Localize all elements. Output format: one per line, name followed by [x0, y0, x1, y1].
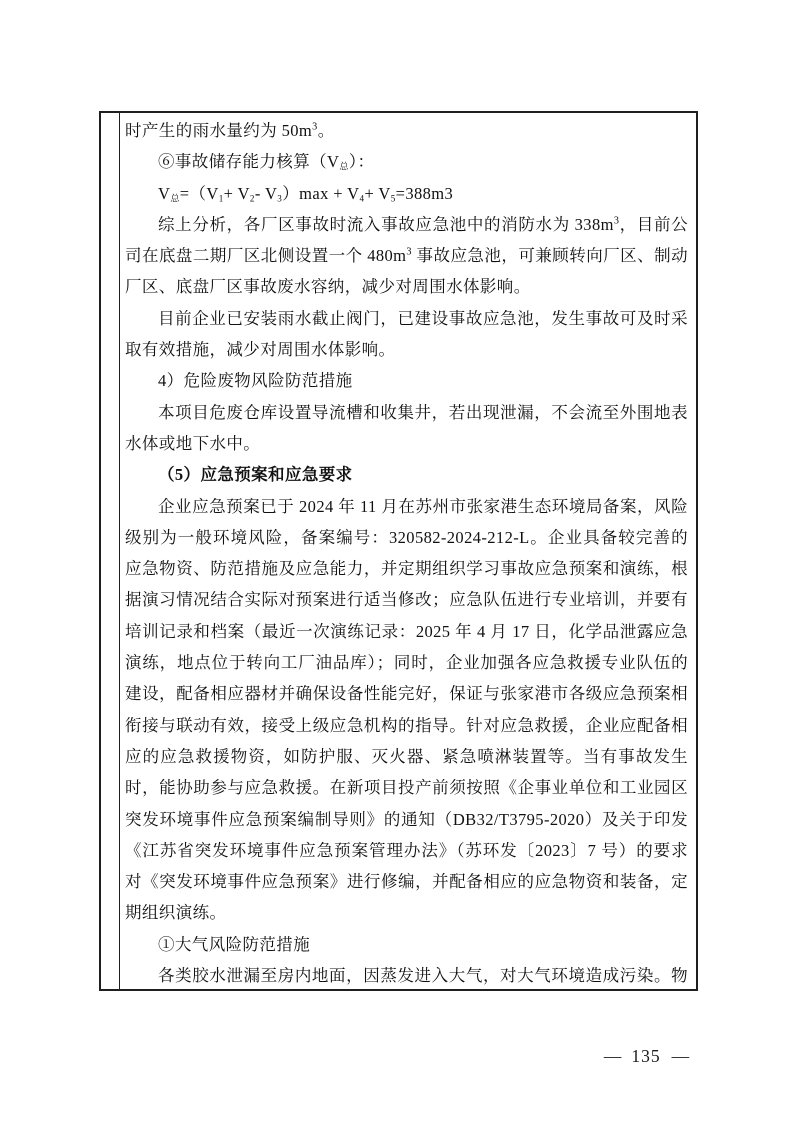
- paragraph-glue-leak: 各类胶水泄漏至房内地面，因蒸发进入大气，对大气环境造成污染。物料泄漏后若遇明火，…: [125, 960, 688, 989]
- page-number-value: 135: [631, 1046, 660, 1066]
- paragraph-emergency-plan-detail: 企业应急预案已于 2024 年 11 月在苏州市张家港生态环境局备案，风险级别为…: [125, 491, 688, 929]
- sub-heading-air-risk: ①大气风险防范措施: [125, 929, 688, 960]
- table-left-label-column: [101, 113, 120, 989]
- report-table-cell: 时产生的雨水量约为 50m3。 ⑥事故储存能力核算（V总）： V总=（V1+ V…: [99, 111, 698, 991]
- paragraph-hazwaste-warehouse: 本项目危废仓库设置导流槽和收集井，若出现泄漏，不会流至外围地表水体或地下水中。: [125, 397, 688, 460]
- page-number: —135—: [560, 1046, 732, 1067]
- table-content-cell: 时产生的雨水量约为 50m3。 ⑥事故储存能力核算（V总）： V总=（V1+ V…: [120, 113, 696, 989]
- document-page: { "page": { "background_color": "#ffffff…: [0, 0, 793, 1122]
- paragraph-rain-valve: 目前企业已安装雨水截止阀门，已建设事故应急池，发生事故可及时采取有效措施，减少对…: [125, 303, 688, 366]
- paragraph-summary-analysis: 综上分析，各厂区事故时流入事故应急池中的消防水为 338m3，目前公司在底盘二期…: [125, 209, 688, 303]
- formula-total-volume: V总=（V1+ V2- V3）max + V4+ V5=388m3: [125, 178, 688, 209]
- paragraph-rainwater-volume: 时产生的雨水量约为 50m3。: [125, 115, 688, 146]
- section-heading-emergency-plan: （5）应急预案和应急要求: [125, 459, 688, 490]
- page-number-right-dash: —: [672, 1046, 689, 1066]
- list-item-storage-capacity: ⑥事故储存能力核算（V总）：: [125, 146, 688, 177]
- page-number-left-dash: —: [604, 1046, 621, 1066]
- sub-heading-hazardous-waste: 4）危险废物风险防范措施: [125, 365, 688, 396]
